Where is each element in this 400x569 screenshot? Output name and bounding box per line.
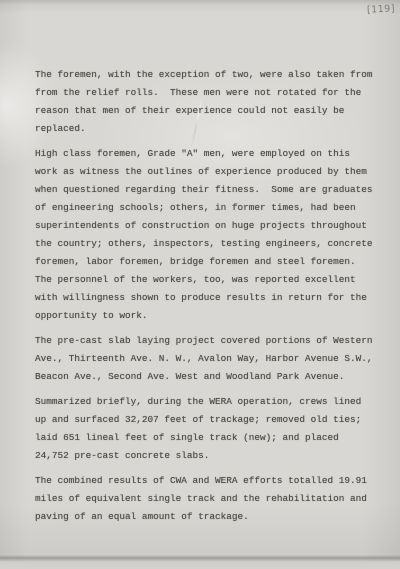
paragraph-foremen-relief-rolls: The foremen, with the exception of two, …	[35, 66, 385, 138]
paragraph-wera-summary: Summarized briefly, during the WERA oper…	[35, 393, 385, 465]
paragraph-high-class-foremen: High class foremen, Grade "A" men, were …	[35, 145, 385, 325]
scanned-page: [119] The foremen, with the exception of…	[0, 0, 400, 569]
document-body: The foremen, with the exception of two, …	[35, 66, 385, 533]
page-number: [119]	[367, 3, 396, 15]
page-bottom-edge	[0, 555, 400, 569]
paragraph-combined-results: The combined results of CWA and WERA eff…	[35, 472, 385, 526]
paragraph-precast-slab-streets: The pre-cast slab laying project covered…	[35, 332, 385, 386]
